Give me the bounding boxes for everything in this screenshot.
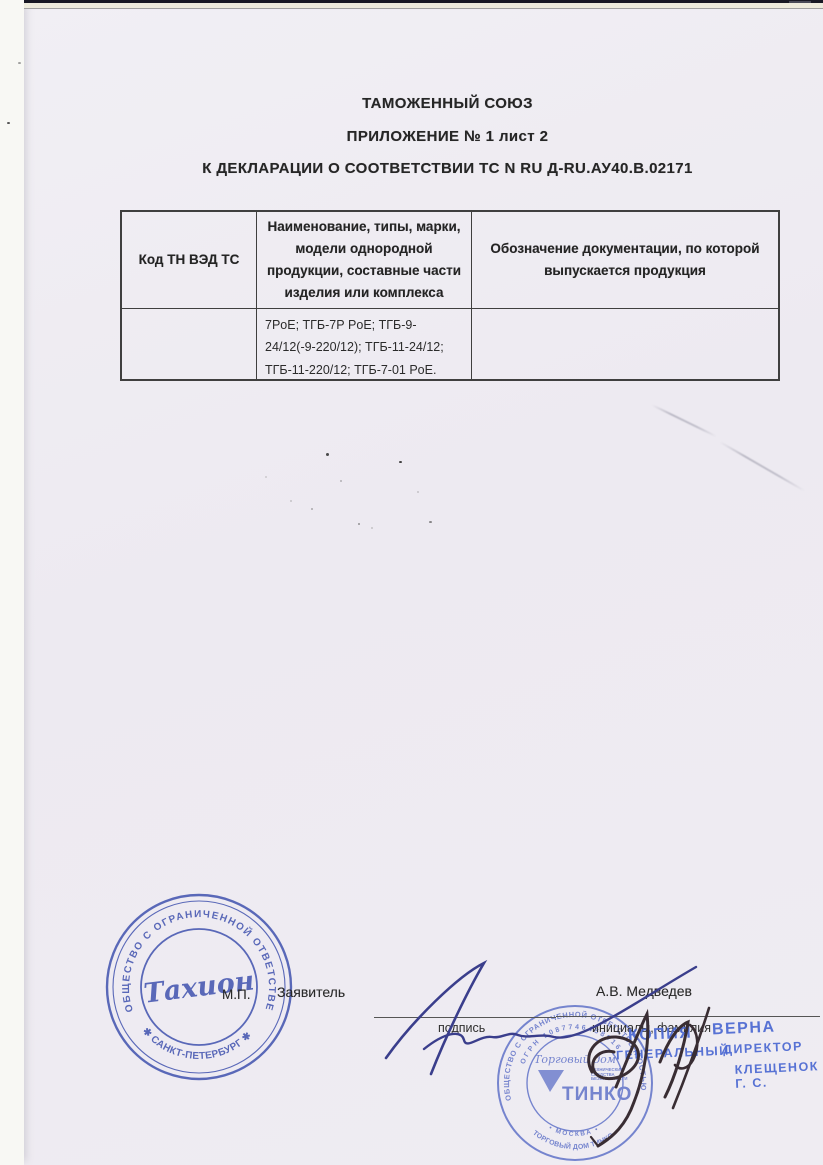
dust-speck	[358, 523, 360, 525]
scan-top-edge-line	[24, 8, 823, 9]
dust-speck	[326, 453, 329, 456]
applicant-label: Заявитель	[277, 984, 345, 1000]
copy-stamp-title-director: ДИРЕКТОР	[723, 1039, 803, 1056]
products-table: Код ТН ВЭД ТС Наименование, типы, марки,…	[120, 210, 780, 381]
dust-speck	[340, 480, 342, 482]
paper-crease	[652, 404, 717, 437]
dust-speck	[371, 527, 373, 529]
cell-code-tnved	[122, 309, 257, 379]
tahion-company-stamp: ОБЩЕСТВО С ОГРАНИЧЕННОЙ ОТВЕТСТВЕННОСТЬЮ…	[104, 892, 294, 1082]
header-code-tnved: Код ТН ВЭД ТС	[122, 212, 257, 309]
scanned-document-page: ТАМОЖЕННЫЙ СОЮЗ ПРИЛОЖЕНИЕ № 1 лист 2 К …	[0, 0, 823, 1165]
dust-speck	[265, 476, 267, 478]
header-documentation: Обозначение документации, по которой вып…	[472, 212, 778, 309]
declaration-number-line: К ДЕКЛАРАЦИИ О СООТВЕТСТВИИ ТС N RU Д-RU…	[72, 160, 823, 177]
scanner-edge-strip	[0, 0, 24, 1165]
header-product-names: Наименование, типы, марки, модели одноро…	[257, 212, 472, 309]
dust-speck	[417, 491, 419, 493]
seal-place-label: М.П.	[222, 987, 250, 1002]
copy-stamp-surname: КЛЕЩЕНОК Г. С.	[734, 1059, 823, 1091]
dust-speck	[429, 521, 432, 523]
document-title: ТАМОЖЕННЫЙ СОЮЗ	[72, 95, 823, 112]
cell-documentation	[472, 309, 778, 379]
dust-speck	[311, 508, 313, 510]
paper-crease	[720, 441, 806, 491]
scan-smudge	[789, 1, 811, 3]
cell-product-models: 7PoE; ТГБ-7Р PoE; ТГБ-9-24/12(-9-220/12)…	[257, 309, 472, 379]
dust-speck	[18, 62, 21, 64]
director-signature	[572, 998, 724, 1150]
dust-speck	[290, 500, 292, 502]
dust-speck	[7, 122, 10, 124]
appendix-subtitle: ПРИЛОЖЕНИЕ № 1 лист 2	[72, 128, 823, 145]
dust-speck	[399, 461, 402, 463]
